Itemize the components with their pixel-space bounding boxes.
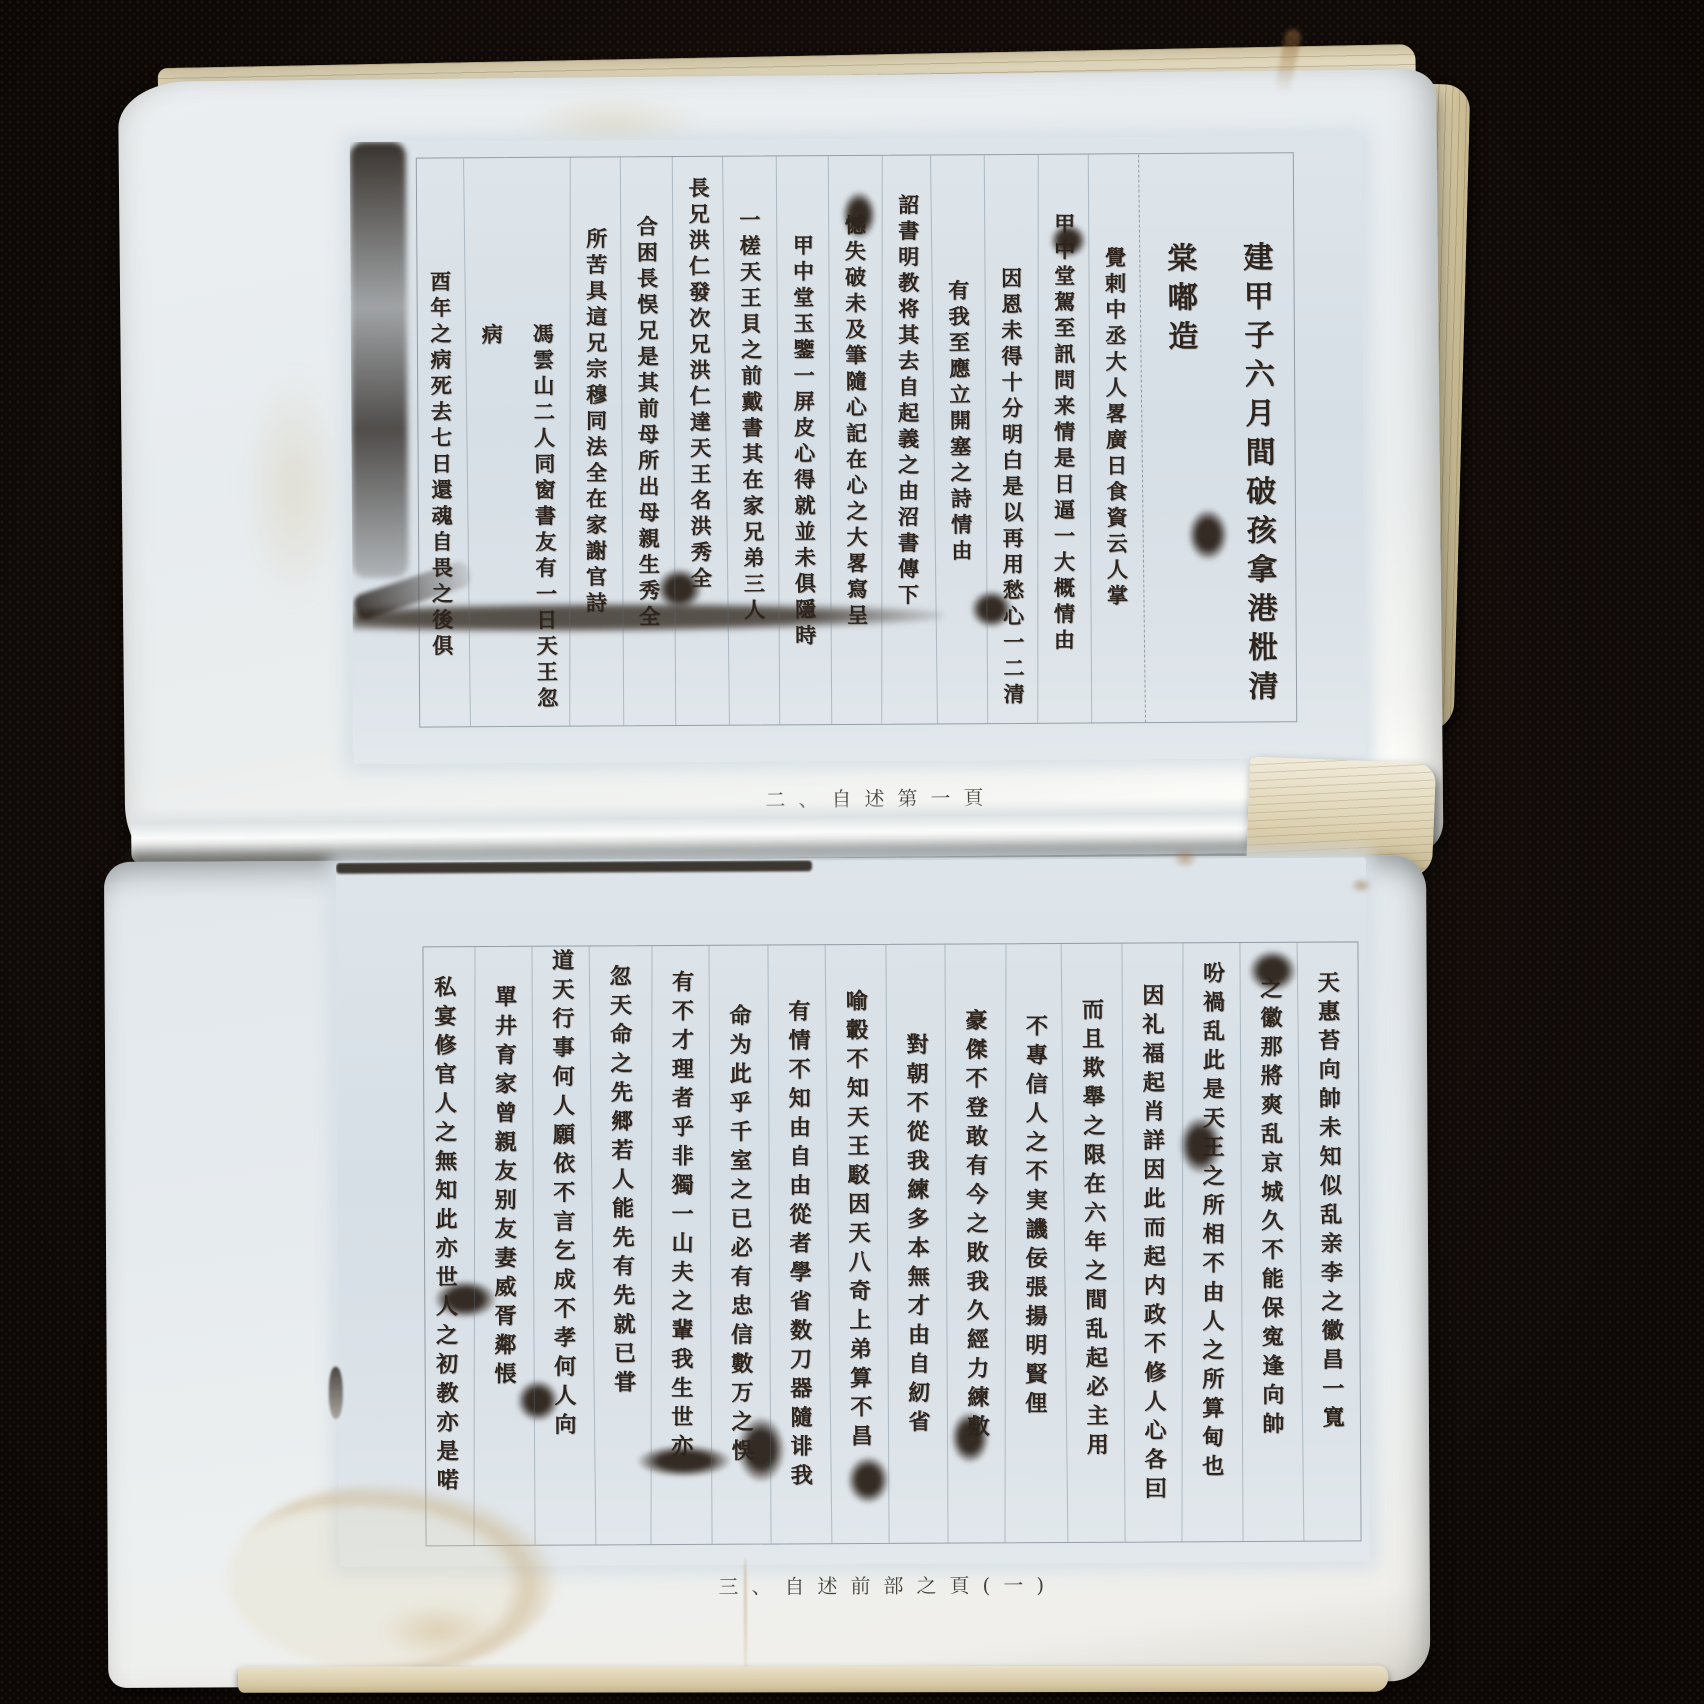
- manuscript-column: 一槎天王貝之前戴書其在家兄弟三人: [722, 156, 781, 725]
- bottom-page-edge: [238, 1666, 1388, 1693]
- manuscript-column: 酉年之病死去七日還魂自畏之後俱: [416, 158, 468, 726]
- lower-book-page: 天惠苔向帥未知似乱亲李之徽昌一寬 之徽那將爽乱京城久不能保寃逢向帥 吩禍乱此是天…: [104, 855, 1430, 1688]
- manuscript-text-plate-1: 建甲子六月間破孩拿港梉清棠嘟造 覺剌中丞大人畧廣日食資云人掌 甲中堂駕至訊問来情…: [416, 152, 1297, 727]
- photograph-of-open-book: { "captions": { "plate1": "二、自述第一頁", "pl…: [0, 0, 1704, 1704]
- ink-smudge: [336, 860, 812, 873]
- manuscript-column: 之徽那將爽乱京城久不能保寃逢向帥: [1239, 943, 1301, 1541]
- manuscript-text-plate-2: 天惠苔向帥未知似乱亲李之徽昌一寬 之徽那將爽乱京城久不能保寃逢向帥 吩禍乱此是天…: [422, 941, 1361, 1546]
- manuscript-column: 合困長悮兄是其前母所出母親生秀全: [620, 157, 675, 725]
- manuscript-column: 所苦具這兄宗穆同法全在家謝官詩: [569, 157, 621, 725]
- manuscript-column: 有情不知由自由從者學省数刀器隨诽我: [767, 945, 829, 1543]
- manuscript-column: 喻轂不知天王駁因天八奇上弟算不昌: [825, 945, 891, 1544]
- manuscript-column: 天惠苔向帥未知似乱亲李之徽昌一寬: [1297, 942, 1362, 1541]
- manuscript-column: 詔書明教将其去自起義之由沼書傳下: [881, 156, 933, 724]
- manuscript-column: 有不才理者乎非獨一山夫之輩我生世亦: [650, 946, 710, 1544]
- paper-stain: [1350, 877, 1372, 893]
- manuscript-column: 長兄洪仁發次兄洪仁達天王名洪秀全: [672, 157, 727, 725]
- upper-book-page: 建甲子六月間破孩拿港梉清棠嘟造 覺剌中丞大人畧廣日食資云人掌 甲中堂駕至訊問来情…: [118, 69, 1443, 864]
- manuscript-column: 建甲子六月間破孩拿港梉清棠嘟造: [1138, 153, 1297, 723]
- manuscript-column: 因礼福起肖詳因此而起内政不修人心各囙: [1121, 943, 1183, 1541]
- ink-smudge: [350, 142, 409, 578]
- manuscript-column: 忽天命之先郷若人能先有先就已甞: [589, 946, 655, 1545]
- manuscript-column: 覺剌中丞大人畧廣日食資云人掌: [1088, 154, 1143, 722]
- paper-stain: [241, 368, 347, 609]
- manuscript-column: 而且欺舉之限在六年之間乱起必主用: [1061, 944, 1127, 1543]
- manuscript-column: 單井育家曾親友别友妻威胥鄰悵: [473, 947, 533, 1545]
- paper-tear-mark: [329, 1367, 343, 1419]
- manuscript-column: 道天行事何人願依不言乞成不孝何人向: [531, 946, 593, 1544]
- manuscript-column: 甲中堂駕至訊問来情是日逼一大概情由: [1037, 155, 1089, 723]
- manuscript-column: 豪傑不登敢有今之敗我久經力練敷: [944, 944, 1006, 1542]
- facsimile-plate-1: 建甲子六月間破孩拿港梉清棠嘟造 覺剌中丞大人畧廣日食資云人掌 甲中堂駕至訊問来情…: [350, 136, 1366, 764]
- paper-stain: [1172, 848, 1198, 868]
- manuscript-column: 憾失破未及筆隨心記在心之大畧寫呈: [828, 156, 883, 724]
- plate-2-caption: 三、自述前部之頁(一): [438, 1568, 1338, 1602]
- manuscript-column: 命为此乎千室之已必有忠信數万之悞: [708, 946, 770, 1544]
- manuscript-column: 私宴修官人之無知此亦世人之初教亦是喏: [422, 947, 475, 1545]
- manuscript-column: 有我至應立開塞之詩情由: [930, 155, 989, 724]
- facsimile-plate-2: 天惠苔向帥未知似乱亲李之徽昌一寬 之徽那將爽乱京城久不能保寃逢向帥 吩禍乱此是天…: [336, 857, 1370, 1566]
- manuscript-column: 馮雲山二人同窗書友有一日天王忽病: [463, 157, 573, 726]
- manuscript-column: 對朝不從我練多本無才由自紉省: [885, 945, 947, 1543]
- manuscript-column: 因恩未得十分明白是以再用愁心一二清: [984, 155, 1039, 723]
- manuscript-column: 吩禍乱此是天王之所相不由人之所算甸也: [1181, 943, 1241, 1541]
- manuscript-column: 甲中堂玉鑒一屏皮心得就並未俱隱時: [776, 156, 831, 724]
- manuscript-column: 不專信人之不実譏佞張揚明賢俚: [1004, 944, 1064, 1542]
